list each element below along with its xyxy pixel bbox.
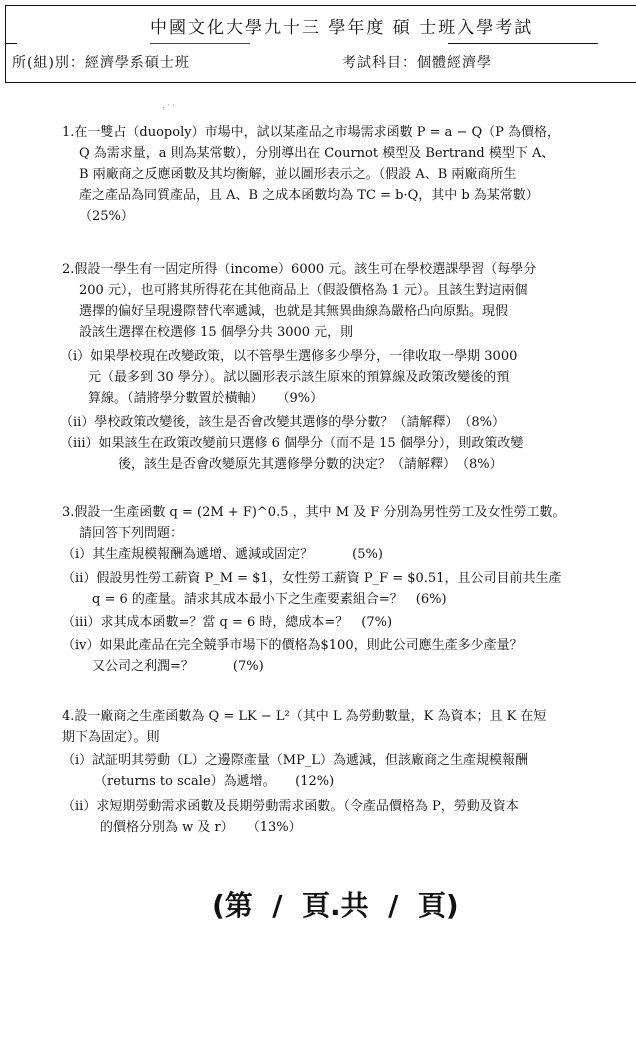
header-mid-rule [5,43,17,44]
question-1: 1.在一雙占（duopoly）市場中，試以某產品之市場需求函數 P = a − … [62,122,622,227]
subquestion-line: （i）如果學校現在改變政策，以不管學生選修多少學分，一律收取一學期 3000 [60,346,636,367]
header-mid-rule [150,43,250,44]
header-mid-rule [448,43,598,44]
question-line: 產之產品為同質產品，且 A、B 之成本函數均為 TC = b·Q，其中 b 為某… [62,185,622,206]
subject-label: 考試科目：個體經濟學 [342,52,492,72]
subquestion-line: （ii）學校政策改變後，該生是否會改變其選修的學分數？（請解釋） （8%） [60,412,636,433]
subquestion-line: 的價格分別為 w 及 r） （13%） [62,817,636,838]
question-3-part-ii: （ii）假設男性勞工薪資 P_M = $1，女性勞工薪資 P_F = $0.51… [62,568,636,610]
subquestion-line: （ii）假設男性勞工薪資 P_M = $1，女性勞工薪資 P_F = $0.51… [62,568,636,589]
subquestion-line: （ii）求短期勞動需求函數及長期勞動需求函數。（令產品價格為 P，勞動及資本 [62,796,636,817]
subquestion-line: （returns to scale）為遞增。 (12%) [62,771,636,792]
question-3-part-iv: （iv）如果此產品在完全競爭市場下的價格為$100，則此公司應生產多少產量？ 又… [62,635,636,677]
question-line: 選擇的偏好呈現邊際替代率遞減，也就是其無異曲線為嚴格凸向原點。現假 [62,301,622,322]
subquestion-line: （iii）如果該生在政策改變前只選修 6 個學分（而不是 15 個學分），則政策… [60,433,636,454]
header-bottom-rule [5,82,636,83]
question-line: 期下為固定）。則 [62,727,622,748]
subquestion-line: （i）試証明其勞動（L）之邊際產量（MP_L）為遞減，但該廠商之生產規模報酬 [62,750,636,771]
question-line: 200 元），也可將其所得花在其他商品上（假設價格為 1 元）。且該生對這兩個 [62,280,622,301]
question-2-part-iii: （iii）如果該生在政策改變前只選修 6 個學分（而不是 15 個學分），則政策… [60,433,636,475]
question-3-part-i: （i）其生產規模報酬為遞增、遞減或固定？ (5%) [62,544,636,565]
subquestion-line: 算線。（請將學分數置於橫軸） （9%） [60,388,636,409]
question-line: 請回答下列問題： [62,523,622,544]
subquestion-line: 又公司之利潤=？ (7%) [62,656,636,677]
question-3-part-iii: （iii）求其成本函數=？當 q = 6 時，總成本=？ (7%) [62,612,636,633]
question-line: B 兩廠商之反應函數及其均衡解，並以圖形表示之。（假設 A、B 兩廠商所生 [62,164,622,185]
question-line: 2.假設一學生有一固定所得（income）6000 元。該生可在學校選課學習（每… [62,259,622,280]
question-4: 4.設一廠商之生產函數為 Q = LK − L²（其中 L 為勞動數量，K 為資… [62,706,622,748]
page-indicator: (第 / 頁.共 / 頁) [212,884,459,924]
question-line: Q 為需求量，a 則為某常數），分別導出在 Cournot 模型及 Bertra… [62,143,622,164]
question-2: 2.假設一學生有一固定所得（income）6000 元。該生可在學校選課學習（每… [62,259,622,343]
subquestion-line: （iv）如果此產品在完全競爭市場下的價格為$100，則此公司應生產多少產量？ [62,635,636,656]
question-3: 3.假設一生產函數 q = (2M + F)^0.5 ，其中 M 及 F 分別為… [62,502,622,544]
question-2-part-i: （i）如果學校現在改變政策，以不管學生選修多少學分，一律收取一學期 3000 元… [60,346,636,409]
subquestion-line: 後，該生是否會改變原先其選修學分數的決定？（請解釋） （8%） [60,454,636,475]
question-line: 設該生選擇在校選修 15 個學分共 3000 元，則 [62,322,622,343]
question-line: 4.設一廠商之生產函數為 Q = LK − L²（其中 L 為勞動數量，K 為資… [62,706,622,727]
question-4-part-i: （i）試証明其勞動（L）之邊際產量（MP_L）為遞減，但該廠商之生產規模報酬 （… [62,750,636,792]
question-line: 3.假設一生產函數 q = (2M + F)^0.5 ，其中 M 及 F 分別為… [62,502,622,523]
subquestion-line: （i）其生產規模報酬為遞增、遞減或固定？ (5%) [62,544,636,565]
subquestion-line: 元（最多到 30 學分）。試以圖形表示該生原來的預算線及政策改變後的預 [60,367,636,388]
question-score: （25%） [62,206,622,227]
question-4-part-ii: （ii）求短期勞動需求函數及長期勞動需求函數。（令產品價格為 P，勞動及資本 的… [62,796,636,838]
question-line: 1.在一雙占（duopoly）市場中，試以某產品之市場需求函數 P = a − … [62,122,622,143]
subquestion-line: （iii）求其成本函數=？當 q = 6 時，總成本=？ (7%) [62,612,636,633]
subquestion-line: q = 6 的產量。請求其成本最小下之生產要素組合=？ (6%) [62,589,636,610]
scan-artifact: . · · [162,101,175,110]
exam-title: 中國文化大學九十三 學年度 碩 士班入學考試 [150,13,533,38]
question-2-part-ii: （ii）學校政策改變後，該生是否會改變其選修的學分數？（請解釋） （8%） [60,412,636,433]
department-label: 所(組)別：經濟學系碩士班 [12,52,190,72]
